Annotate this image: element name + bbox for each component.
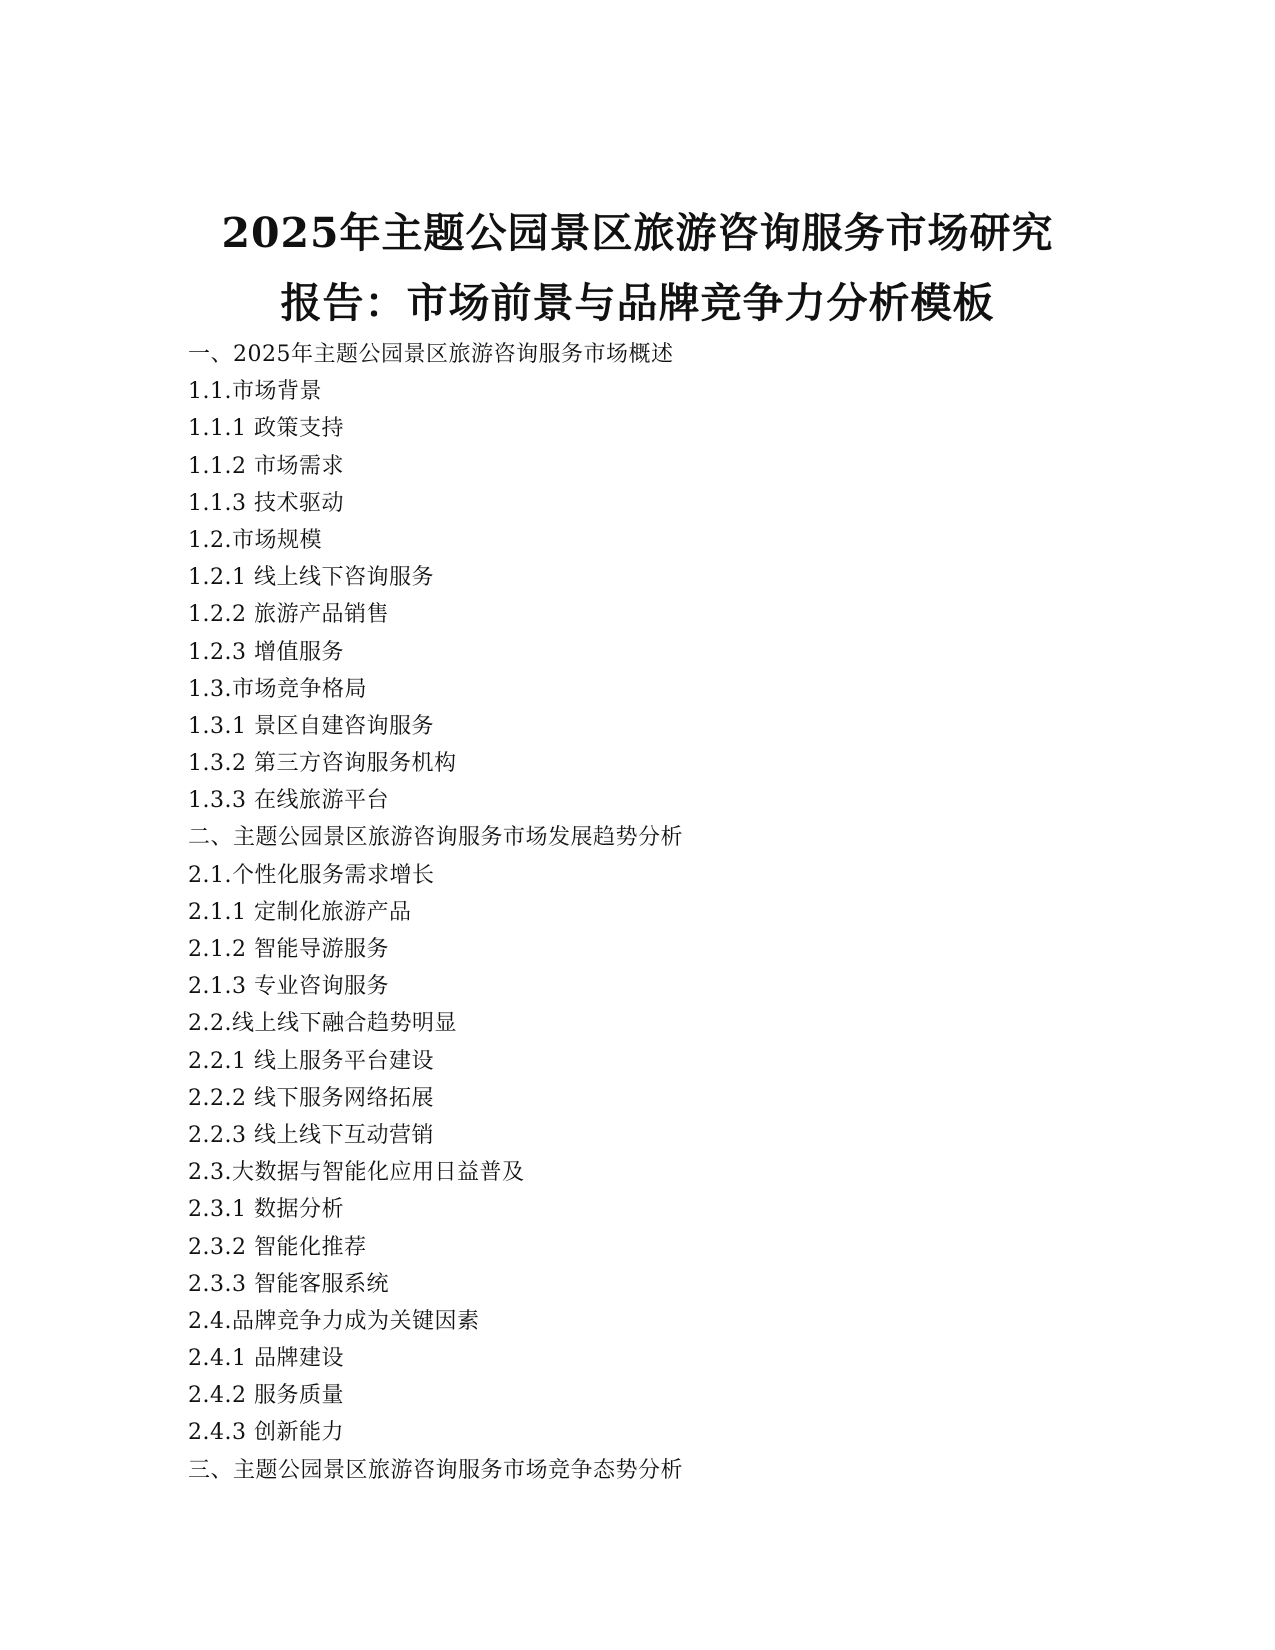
toc-subsection: 2.1.个性化服务需求增长 bbox=[188, 857, 683, 894]
toc-item: 2.1.2 智能导游服务 bbox=[188, 931, 683, 968]
toc-subsection: 1.2.市场规模 bbox=[188, 522, 683, 559]
toc-item: 2.3.2 智能化推荐 bbox=[188, 1229, 683, 1266]
toc-item: 1.2.1 线上线下咨询服务 bbox=[188, 559, 683, 596]
toc-item: 1.3.2 第三方咨询服务机构 bbox=[188, 745, 683, 782]
table-of-contents: 一、2025年主题公园景区旅游咨询服务市场概述 1.1.市场背景 1.1.1 政… bbox=[188, 336, 683, 1489]
toc-section-heading: 一、2025年主题公园景区旅游咨询服务市场概述 bbox=[188, 336, 683, 373]
toc-item: 2.2.2 线下服务网络拓展 bbox=[188, 1080, 683, 1117]
toc-item: 2.2.3 线上线下互动营销 bbox=[188, 1117, 683, 1154]
toc-item: 2.4.3 创新能力 bbox=[188, 1414, 683, 1451]
toc-item: 2.3.3 智能客服系统 bbox=[188, 1266, 683, 1303]
toc-subsection: 2.3.大数据与智能化应用日益普及 bbox=[188, 1154, 683, 1191]
toc-item: 1.1.3 技术驱动 bbox=[188, 485, 683, 522]
toc-section-heading: 二、主题公园景区旅游咨询服务市场发展趋势分析 bbox=[188, 819, 683, 856]
toc-item: 1.2.2 旅游产品销售 bbox=[188, 596, 683, 633]
toc-item: 1.2.3 增值服务 bbox=[188, 634, 683, 671]
toc-item: 2.1.3 专业咨询服务 bbox=[188, 968, 683, 1005]
toc-item: 1.3.3 在线旅游平台 bbox=[188, 782, 683, 819]
toc-item: 2.4.1 品牌建设 bbox=[188, 1340, 683, 1377]
toc-subsection: 1.1.市场背景 bbox=[188, 373, 683, 410]
toc-item: 1.3.1 景区自建咨询服务 bbox=[188, 708, 683, 745]
toc-item: 2.2.1 线上服务平台建设 bbox=[188, 1043, 683, 1080]
toc-item: 2.3.1 数据分析 bbox=[188, 1191, 683, 1228]
toc-section-heading: 三、主题公园景区旅游咨询服务市场竞争态势分析 bbox=[188, 1452, 683, 1489]
toc-subsection: 1.3.市场竞争格局 bbox=[188, 671, 683, 708]
document-title: 2025年主题公园景区旅游咨询服务市场研究 报告：市场前景与品牌竞争力分析模板 bbox=[150, 198, 1125, 338]
toc-item: 2.1.1 定制化旅游产品 bbox=[188, 894, 683, 931]
toc-subsection: 2.4.品牌竞争力成为关键因素 bbox=[188, 1303, 683, 1340]
toc-item: 2.4.2 服务质量 bbox=[188, 1377, 683, 1414]
document-page: 2025年主题公园景区旅游咨询服务市场研究 报告：市场前景与品牌竞争力分析模板 … bbox=[0, 0, 1275, 1650]
toc-item: 1.1.1 政策支持 bbox=[188, 410, 683, 447]
title-line-1: 2025年主题公园景区旅游咨询服务市场研究 bbox=[150, 198, 1125, 268]
toc-item: 1.1.2 市场需求 bbox=[188, 448, 683, 485]
toc-subsection: 2.2.线上线下融合趋势明显 bbox=[188, 1005, 683, 1042]
title-line-2: 报告：市场前景与品牌竞争力分析模板 bbox=[150, 268, 1125, 338]
